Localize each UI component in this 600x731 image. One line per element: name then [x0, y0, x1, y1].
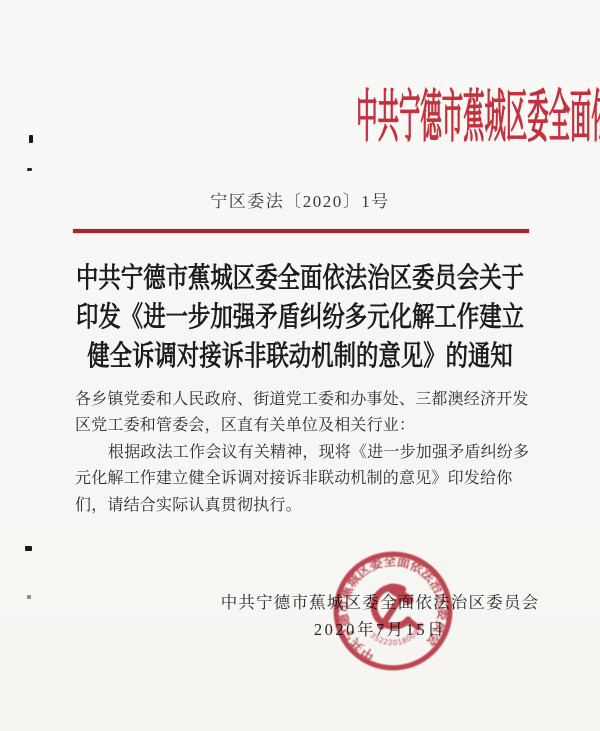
document-title-text-3: 健全诉调对接诉非联动机制的意见》的通知: [87, 337, 513, 376]
document-title-text-1: 中共宁德市蕉城区委全面依法治区委员会关于: [76, 259, 524, 298]
red-divider-line: [73, 229, 529, 233]
scan-speck: [27, 168, 32, 171]
scan-speck: [27, 595, 31, 599]
document-title-line-1: 中共宁德市蕉城区委全面依法治区委员会关于: [0, 259, 600, 298]
scan-speck: [29, 135, 33, 143]
body-line-3: 根据政法工作会议有关精神，现将《进一步加强矛盾纠纷多: [75, 440, 545, 466]
document-title-line-2: 印发《进一步加强矛盾纠纷多元化解工作建立: [0, 298, 600, 337]
document-title-line-3: 健全诉调对接诉非联动机制的意见》的通知: [0, 337, 600, 376]
hammer-sickle-icon: [371, 584, 418, 635]
body-line-1: 各乡镇党委和人民政府、街道党工委和办事处、三都澳经济开发: [75, 387, 545, 413]
official-seal: 中共宁德市蕉城区委全面依法治区委员会 35222018008905: [321, 539, 465, 683]
body-line-2: 区党工委和管委会，区直有关单位及相关行业：: [75, 413, 545, 439]
document-body: 各乡镇党委和人民政府、街道党工委和办事处、三都澳经济开发 区党工委和管委会，区直…: [75, 387, 545, 519]
document-title: 中共宁德市蕉城区委全面依法治区委员会关于 印发《进一步加强矛盾纠纷多元化解工作建…: [0, 259, 600, 376]
document-title-text-2: 印发《进一步加强矛盾纠纷多元化解工作建立: [76, 298, 524, 337]
scan-speck: [25, 546, 32, 551]
document-number: 宁区委法〔2020〕1号: [0, 190, 600, 214]
scanned-document-page: 中共宁德市蕉城区委全面依法治区委员会文件 宁区委法〔2020〕1号 中共宁德市蕉…: [0, 0, 600, 731]
red-header-title: 中共宁德市蕉城区委全面依法治区委员会文件: [356, 84, 600, 152]
body-line-4: 元化解工作建立健全诉调对接诉非联动机制的意见》印发给你: [75, 466, 545, 492]
red-header-banner: 中共宁德市蕉城区委全面依法治区委员会文件: [0, 84, 600, 166]
body-line-5: 们，请结合实际认真贯彻执行。: [75, 493, 545, 519]
